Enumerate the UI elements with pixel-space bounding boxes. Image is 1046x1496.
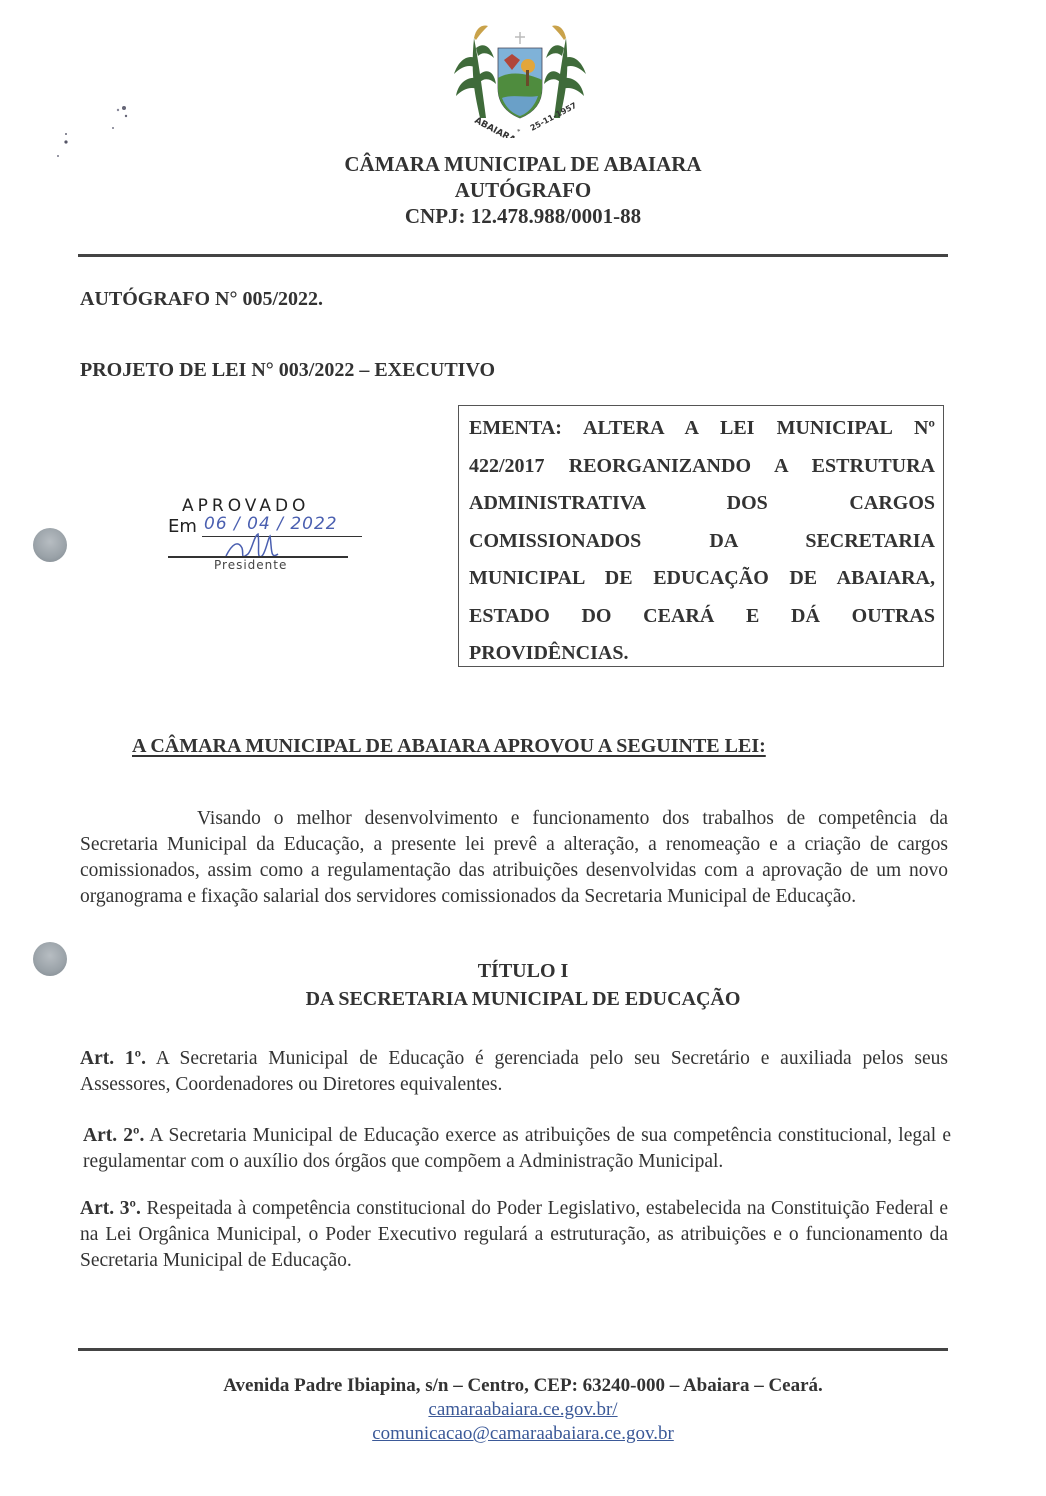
document-type-heading: AUTÓGRAFO [0, 178, 1046, 203]
ementa-line: COMISSIONADOS DA SECRETARIA [469, 523, 935, 561]
article-label: Art. 1º. [80, 1048, 146, 1069]
hole-punch-mark [33, 528, 67, 562]
ementa-line: MUNICIPAL DE EDUCAÇÃO DE ABAIARA, [469, 560, 935, 598]
article-text: Respeitada à competência constitucional … [80, 1198, 948, 1271]
footer-website: camaraabaiara.ce.gov.br/ [0, 1399, 1046, 1421]
titulo-subheading: DA SECRETARIA MUNICIPAL DE EDUCAÇÃO [0, 988, 1046, 1011]
stamp-title: APROVADO [182, 496, 309, 516]
chamber-name-heading: CÂMARA MUNICIPAL DE ABAIARA [0, 152, 1046, 177]
website-link[interactable]: camaraabaiara.ce.gov.br/ [428, 1399, 617, 1420]
scan-specks [40, 100, 140, 160]
ementa-line: 422/2017 REORGANIZANDO A ESTRUTURA [469, 448, 935, 486]
stamp-signer-label: Presidente [214, 558, 287, 572]
article-1: Art. 1º. A Secretaria Municipal de Educa… [80, 1046, 948, 1098]
svg-text:*: * [517, 128, 521, 136]
intro-paragraph: Visando o melhor desenvolvimento e funci… [80, 806, 948, 910]
article-label: Art. 3º. [80, 1198, 141, 1219]
article-text: A Secretaria Municipal de Educação é ger… [80, 1048, 948, 1095]
email-link[interactable]: comunicacao@camaraabaiara.ce.gov.br [372, 1423, 674, 1444]
ementa-line: ADMINISTRATIVA DOS CARGOS [469, 485, 935, 523]
article-3: Art. 3º. Respeitada à competência consti… [80, 1196, 948, 1274]
ementa-line: ESTADO DO CEARÁ E DÁ OUTRAS [469, 598, 935, 636]
ementa-line: PROVIDÊNCIAS. [469, 635, 935, 673]
cnpj-heading: CNPJ: 12.478.988/0001-88 [0, 204, 1046, 229]
article-text: A Secretaria Municipal de Educação exerc… [83, 1125, 951, 1172]
approval-heading: A CÂMARA MUNICIPAL DE ABAIARA APROVOU A … [132, 735, 766, 758]
stamp-em-label: Em [168, 516, 197, 537]
municipal-crest-logo: ABAIARA 25-11-1957 * [440, 18, 600, 138]
ementa-line: EMENTA: ALTERA A LEI MUNICIPAL Nº [469, 410, 935, 448]
approval-stamp: APROVADO Em 06 / 04 / 2022 Presidente [158, 496, 378, 576]
article-2: Art. 2º. A Secretaria Municipal de Educa… [80, 1123, 951, 1175]
autografo-number: AUTÓGRAFO N° 005/2022. [80, 288, 323, 311]
ementa-box: EMENTA: ALTERA A LEI MUNICIPAL Nº 422/20… [458, 405, 944, 667]
titulo-heading: TÍTULO I [0, 960, 1046, 983]
header-divider [78, 254, 948, 257]
crest-name-text: ABAIARA [473, 116, 517, 138]
footer-address: Avenida Padre Ibiapina, s/n – Centro, CE… [0, 1375, 1046, 1397]
footer-email: comunicacao@camaraabaiara.ce.gov.br [0, 1423, 1046, 1445]
footer-divider [78, 1348, 948, 1351]
article-label: Art. 2º. [83, 1125, 144, 1146]
projeto-lei-title: PROJETO DE LEI N° 003/2022 – EXECUTIVO [80, 359, 495, 382]
